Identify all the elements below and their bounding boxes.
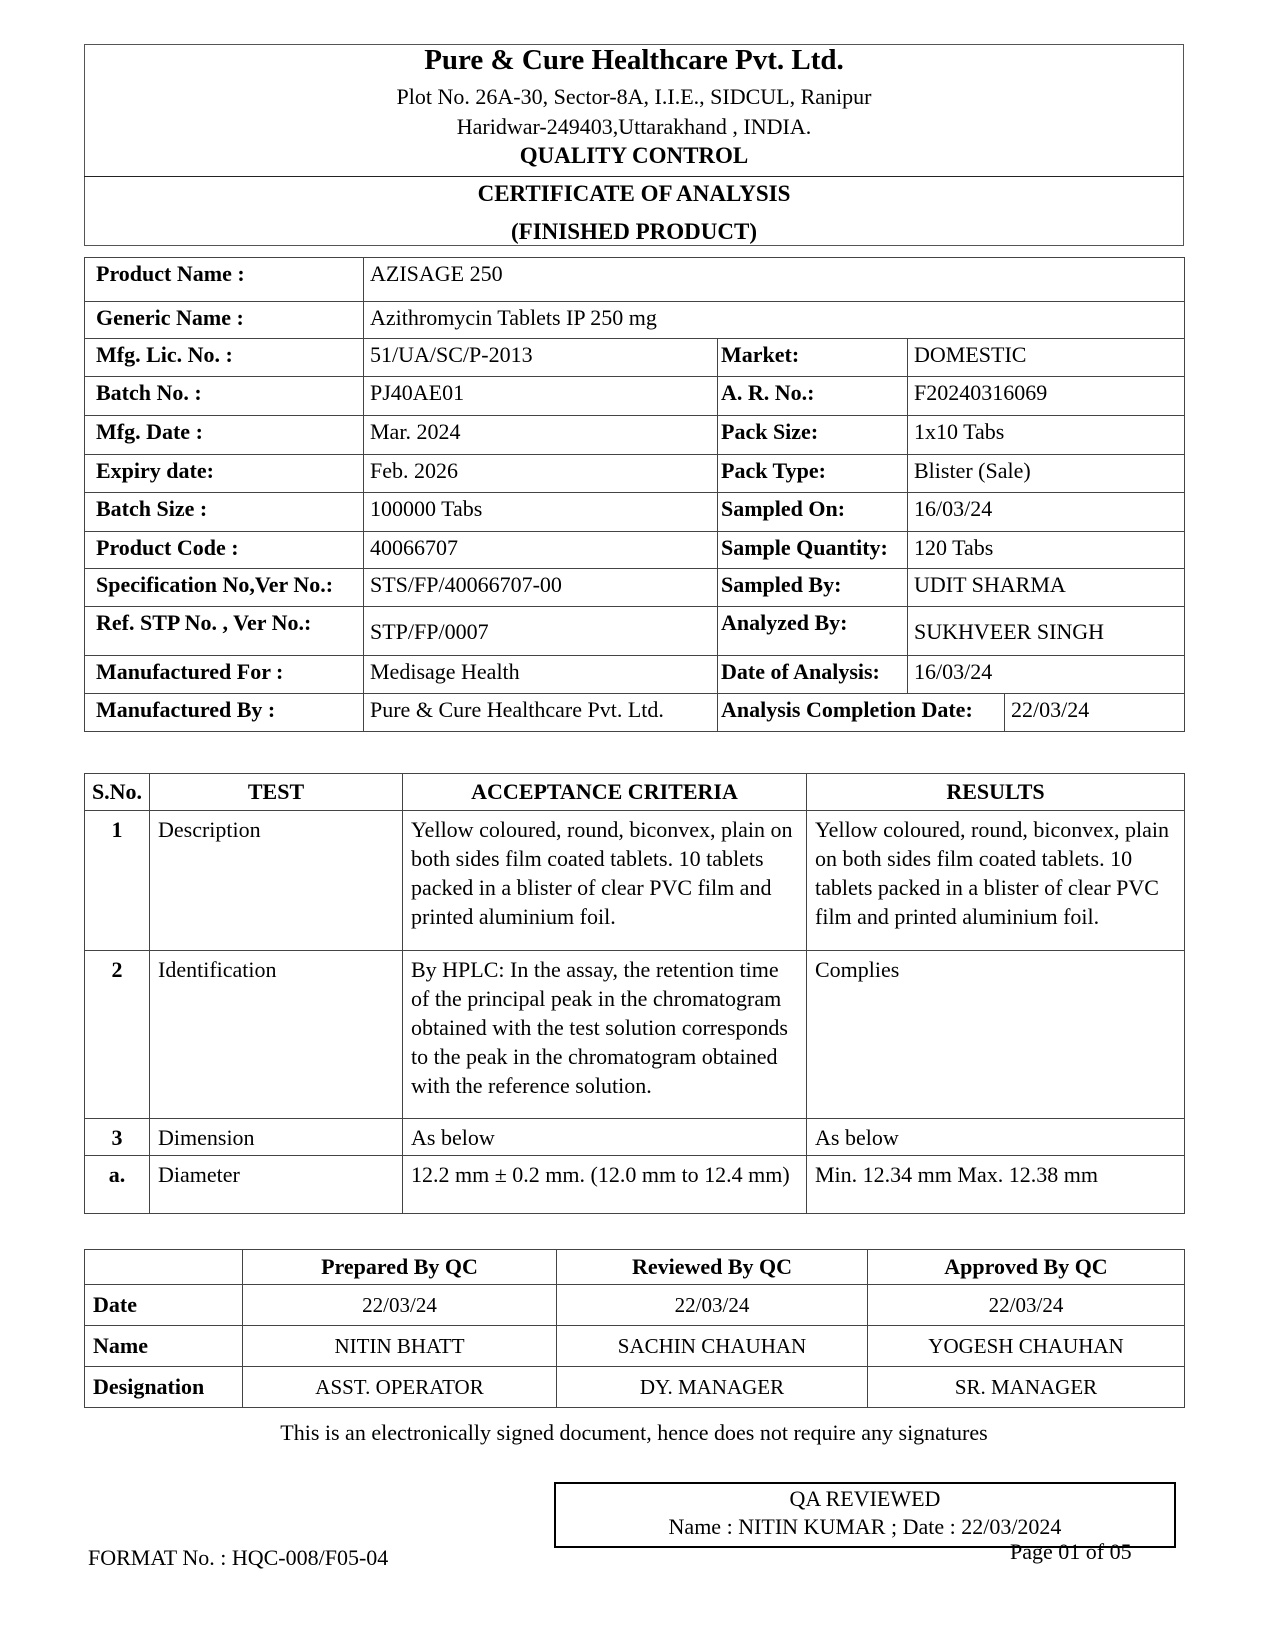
- info-value: 1x10 Tabs: [908, 416, 1185, 455]
- info-row: Ref. STP No. , Ver No.:STP/FP/0007Analyz…: [85, 607, 1185, 656]
- test-sno: a.: [85, 1156, 150, 1214]
- signoff-value: NITIN BHATT: [243, 1326, 557, 1367]
- info-label: Analysis Completion Date:: [718, 694, 1005, 732]
- info-row-product-name: Product Name : AZISAGE 250: [85, 258, 1185, 302]
- info-label: Specification No,Ver No.:: [85, 569, 364, 607]
- info-label: Sampled On:: [718, 493, 908, 532]
- test-row: 3DimensionAs belowAs below: [85, 1119, 1185, 1156]
- signoff-row-label: Name: [85, 1326, 243, 1367]
- document-subtitle: (FINISHED PRODUCT): [84, 219, 1184, 245]
- info-value: 40066707: [364, 532, 718, 569]
- test-row: 2IdentificationBy HPLC: In the assay, th…: [85, 951, 1185, 1119]
- signoff-value: ASST. OPERATOR: [243, 1367, 557, 1408]
- info-label: Batch Size :: [85, 493, 364, 532]
- test-sno: 2: [85, 951, 150, 1119]
- test-name: Description: [150, 811, 403, 951]
- info-label: Sample Quantity:: [718, 532, 908, 569]
- format-number: FORMAT No. : HQC-008/F05-04: [88, 1545, 388, 1571]
- signoff-header-row: Prepared By QC Reviewed By QC Approved B…: [85, 1250, 1185, 1285]
- info-value: 16/03/24: [908, 493, 1185, 532]
- signoff-value: 22/03/24: [868, 1285, 1185, 1326]
- info-label: Mfg. Lic. No. :: [85, 339, 364, 377]
- test-result: As below: [807, 1119, 1185, 1156]
- info-value: 16/03/24: [908, 656, 1185, 694]
- info-value: AZISAGE 250: [364, 258, 1185, 302]
- info-label: Batch No. :: [85, 377, 364, 416]
- test-name: Diameter: [150, 1156, 403, 1214]
- info-value: 22/03/24: [1005, 694, 1185, 732]
- test-name: Dimension: [150, 1119, 403, 1156]
- info-value: PJ40AE01: [364, 377, 718, 416]
- signoff-row-label: Date: [85, 1285, 243, 1326]
- signoff-value: DY. MANAGER: [557, 1367, 868, 1408]
- test-acceptance-criteria: By HPLC: In the assay, the retention tim…: [403, 951, 807, 1119]
- info-row: Batch No. :PJ40AE01A. R. No.:F2024031606…: [85, 377, 1185, 416]
- signoff-row: Date22/03/2422/03/2422/03/24: [85, 1285, 1185, 1326]
- signoff-header-prepared: Prepared By QC: [243, 1250, 557, 1285]
- info-label: Product Name :: [85, 258, 364, 302]
- info-value: Mar. 2024: [364, 416, 718, 455]
- test-name: Identification: [150, 951, 403, 1119]
- info-value: 51/UA/SC/P-2013: [364, 339, 718, 377]
- info-label: Pack Type:: [718, 455, 908, 493]
- info-row: Product Code :40066707Sample Quantity:12…: [85, 532, 1185, 569]
- info-value: SUKHVEER SINGH: [908, 607, 1185, 656]
- info-row: Mfg. Date :Mar. 2024Pack Size:1x10 Tabs: [85, 416, 1185, 455]
- column-header-sno: S.No.: [85, 774, 150, 811]
- info-label: Product Code :: [85, 532, 364, 569]
- info-value: Feb. 2026: [364, 455, 718, 493]
- signoff-value: SACHIN CHAUHAN: [557, 1326, 868, 1367]
- tests-table: S.No. TEST ACCEPTANCE CRITERIA RESULTS 1…: [84, 773, 1185, 1214]
- test-acceptance-criteria: 12.2 mm ± 0.2 mm. (12.0 mm to 12.4 mm): [403, 1156, 807, 1214]
- signoff-header-blank: [85, 1250, 243, 1285]
- info-label: Mfg. Date :: [85, 416, 364, 455]
- signoff-value: 22/03/24: [243, 1285, 557, 1326]
- company-address-line-1: Plot No. 26A-30, Sector-8A, I.I.E., SIDC…: [84, 84, 1184, 110]
- signoff-header-approved: Approved By QC: [868, 1250, 1185, 1285]
- info-row-generic-name: Generic Name : Azithromycin Tablets IP 2…: [85, 302, 1185, 339]
- tests-header-row: S.No. TEST ACCEPTANCE CRITERIA RESULTS: [85, 774, 1185, 811]
- company-address-line-2: Haridwar-249403,Uttarakhand , INDIA.: [84, 114, 1184, 140]
- header-divider: [84, 176, 1184, 177]
- info-label: Market:: [718, 339, 908, 377]
- signoff-value: 22/03/24: [557, 1285, 868, 1326]
- info-label: A. R. No.:: [718, 377, 908, 416]
- info-value: Blister (Sale): [908, 455, 1185, 493]
- info-label: Manufactured For :: [85, 656, 364, 694]
- test-result: Complies: [807, 951, 1185, 1119]
- signoff-value: YOGESH CHAUHAN: [868, 1326, 1185, 1367]
- signoff-header-reviewed: Reviewed By QC: [557, 1250, 868, 1285]
- test-result: Yellow coloured, round, biconvex, plain …: [807, 811, 1185, 951]
- test-sno: 1: [85, 811, 150, 951]
- product-info-table: Product Name : AZISAGE 250 Generic Name …: [84, 257, 1185, 732]
- info-label: Date of Analysis:: [718, 656, 908, 694]
- info-label: Pack Size:: [718, 416, 908, 455]
- info-row: Mfg. Lic. No. :51/UA/SC/P-2013Market:DOM…: [85, 339, 1185, 377]
- info-value: Azithromycin Tablets IP 250 mg: [364, 302, 1185, 339]
- signoff-row-label: Designation: [85, 1367, 243, 1408]
- test-result: Min. 12.34 mm Max. 12.38 mm: [807, 1156, 1185, 1214]
- info-label: Sampled By:: [718, 569, 908, 607]
- info-row: Specification No,Ver No.:STS/FP/40066707…: [85, 569, 1185, 607]
- info-row: Expiry date:Feb. 2026Pack Type:Blister (…: [85, 455, 1185, 493]
- page-number: Page 01 of 05: [1010, 1539, 1132, 1565]
- test-sno: 3: [85, 1119, 150, 1156]
- info-value: UDIT SHARMA: [908, 569, 1185, 607]
- signoff-row: DesignationASST. OPERATORDY. MANAGERSR. …: [85, 1367, 1185, 1408]
- info-value: Pure & Cure Healthcare Pvt. Ltd.: [364, 694, 718, 732]
- qa-reviewed-title: QA REVIEWED: [556, 1486, 1174, 1512]
- info-value: DOMESTIC: [908, 339, 1185, 377]
- test-acceptance-criteria: Yellow coloured, round, biconvex, plain …: [403, 811, 807, 951]
- column-header-test: TEST: [150, 774, 403, 811]
- info-row: Manufactured By :Pure & Cure Healthcare …: [85, 694, 1185, 732]
- column-header-acceptance-criteria: ACCEPTANCE CRITERIA: [403, 774, 807, 811]
- department-title: QUALITY CONTROL: [84, 143, 1184, 169]
- info-row: Manufactured For :Medisage HealthDate of…: [85, 656, 1185, 694]
- column-header-results: RESULTS: [807, 774, 1185, 811]
- qa-reviewed-details: Name : NITIN KUMAR ; Date : 22/03/2024: [556, 1514, 1174, 1540]
- test-row: a.Diameter12.2 mm ± 0.2 mm. (12.0 mm to …: [85, 1156, 1185, 1214]
- info-row: Batch Size :100000 TabsSampled On:16/03/…: [85, 493, 1185, 532]
- electronic-signature-note: This is an electronically signed documen…: [84, 1420, 1184, 1446]
- info-value: 100000 Tabs: [364, 493, 718, 532]
- signoff-row: NameNITIN BHATTSACHIN CHAUHANYOGESH CHAU…: [85, 1326, 1185, 1367]
- info-label: Analyzed By:: [718, 607, 908, 656]
- info-value: Medisage Health: [364, 656, 718, 694]
- signoff-value: SR. MANAGER: [868, 1367, 1185, 1408]
- test-acceptance-criteria: As below: [403, 1119, 807, 1156]
- company-name: Pure & Cure Healthcare Pvt. Ltd.: [84, 44, 1184, 77]
- info-label: Expiry date:: [85, 455, 364, 493]
- test-row: 1DescriptionYellow coloured, round, bico…: [85, 811, 1185, 951]
- info-label: Ref. STP No. , Ver No.:: [85, 607, 364, 656]
- document-title: CERTIFICATE OF ANALYSIS: [84, 181, 1184, 207]
- info-value: F20240316069: [908, 377, 1185, 416]
- signoff-table: Prepared By QC Reviewed By QC Approved B…: [84, 1249, 1185, 1408]
- info-value: 120 Tabs: [908, 532, 1185, 569]
- info-value: STP/FP/0007: [364, 607, 718, 656]
- info-label: Generic Name :: [85, 302, 364, 339]
- info-label: Manufactured By :: [85, 694, 364, 732]
- info-value: STS/FP/40066707-00: [364, 569, 718, 607]
